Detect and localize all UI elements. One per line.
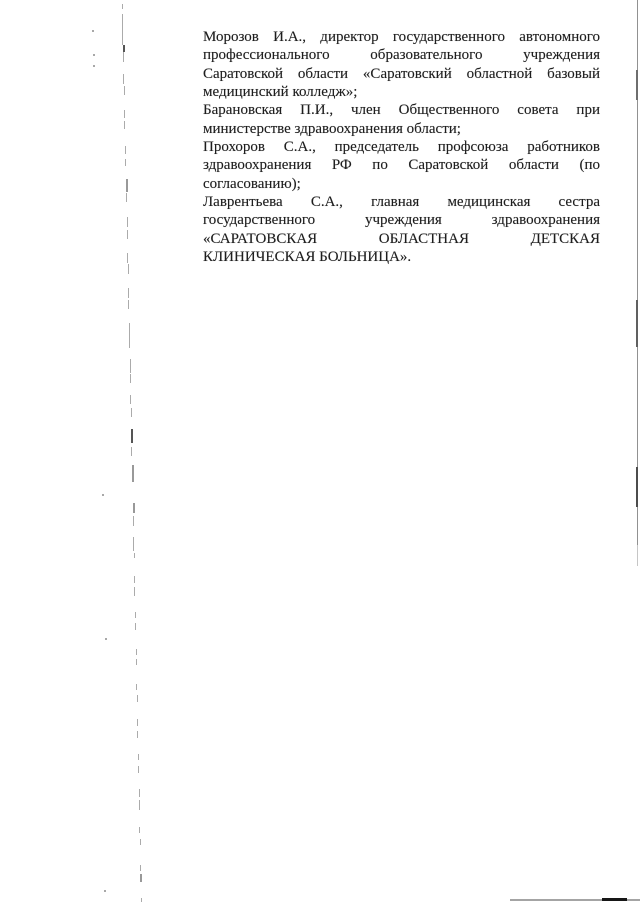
text-line: Саратовской области «Саратовский областн…: [203, 65, 600, 83]
scan-mark: [128, 300, 129, 309]
scan-mark: [636, 467, 638, 507]
scan-mark: [132, 465, 134, 482]
scan-mark: [136, 649, 137, 655]
scan-mark: [125, 159, 126, 166]
scan-mark: [131, 447, 132, 456]
scan-mark: [127, 217, 128, 227]
scan-mark: [130, 395, 131, 404]
scan-mark: [139, 800, 140, 810]
scan-mark: [637, 545, 638, 566]
text-line: Прохоров С.А., председатель профсоюза ра…: [203, 138, 600, 156]
scan-mark: [131, 408, 132, 417]
scan-mark: [131, 429, 133, 443]
scan-mark: [138, 754, 139, 760]
text-line: «САРАТОВСКАЯ ОБЛАСТНАЯ ДЕТСКАЯ: [203, 230, 600, 248]
scan-mark: [122, 4, 123, 9]
scan-mark: [125, 146, 126, 154]
scan-mark: [137, 731, 138, 738]
scan-mark: [134, 587, 135, 596]
scan-mark: [139, 789, 140, 797]
scan-mark: [134, 576, 135, 583]
scan-mark: [636, 70, 638, 100]
scan-mark: [136, 659, 137, 665]
text-line: профессионального образовательного учреж…: [203, 46, 600, 64]
scan-mark: [140, 865, 141, 871]
scan-mark: [136, 684, 137, 690]
scan-mark: [105, 638, 107, 640]
scan-mark: [129, 323, 130, 348]
scan-mark: [124, 110, 125, 118]
scan-mark: [137, 719, 138, 726]
text-line: Морозов И.А., директор государственного …: [203, 28, 600, 46]
scan-mark: [130, 359, 131, 373]
scan-mark: [133, 537, 134, 551]
scan-mark: [133, 516, 134, 526]
paragraph: Лаврентьева С.А., главная медицинская се…: [203, 193, 600, 266]
scan-mark: [134, 553, 135, 558]
scan-mark: [124, 121, 125, 129]
scan-mark: [127, 253, 128, 263]
scan-mark: [135, 623, 136, 630]
scan-mark: [92, 30, 94, 32]
scan-mark: [128, 288, 129, 298]
document-text: Морозов И.А., директор государственного …: [203, 28, 600, 266]
scan-mark: [138, 766, 139, 773]
scan-mark: [128, 264, 129, 274]
scan-mark: [93, 65, 95, 67]
paragraph: Прохоров С.А., председатель профсоюза ра…: [203, 138, 600, 193]
scan-mark: [137, 695, 138, 702]
text-line: медицинский колледж»;: [203, 83, 600, 101]
scan-mark: [124, 86, 125, 95]
text-line: здравоохранения РФ по Саратовской област…: [203, 156, 600, 174]
scan-mark: [140, 874, 142, 882]
scan-mark: [135, 612, 136, 618]
scan-mark: [127, 230, 128, 239]
text-line: КЛИНИЧЕСКАЯ БОЛЬНИЦА».: [203, 248, 600, 266]
scan-mark: [602, 898, 627, 901]
text-line: государственного учреждения здравоохране…: [203, 211, 600, 229]
paragraph: Барановская П.И., член Общественного сов…: [203, 101, 600, 138]
text-line: Лаврентьева С.А., главная медицинская се…: [203, 193, 600, 211]
scan-mark: [126, 179, 128, 192]
scan-mark: [139, 827, 140, 833]
scan-mark: [133, 503, 135, 513]
scan-mark: [130, 374, 131, 383]
text-line: министерстве здравоохранения области;: [203, 120, 600, 138]
scan-mark: [93, 54, 95, 56]
scan-mark: [123, 45, 125, 52]
scan-mark: [102, 494, 104, 496]
scan-mark: [636, 300, 638, 347]
scanned-document-page: Морозов И.А., директор государственного …: [0, 0, 640, 905]
scan-mark: [140, 839, 141, 845]
scan-mark: [141, 898, 142, 902]
scan-mark: [123, 52, 124, 62]
text-line: Барановская П.И., член Общественного сов…: [203, 101, 600, 119]
scan-mark: [123, 74, 124, 84]
scan-mark: [122, 14, 123, 45]
text-line: согласованию);: [203, 175, 600, 193]
scan-mark: [104, 890, 106, 892]
paragraph: Морозов И.А., директор государственного …: [203, 28, 600, 101]
scan-mark: [126, 193, 127, 202]
